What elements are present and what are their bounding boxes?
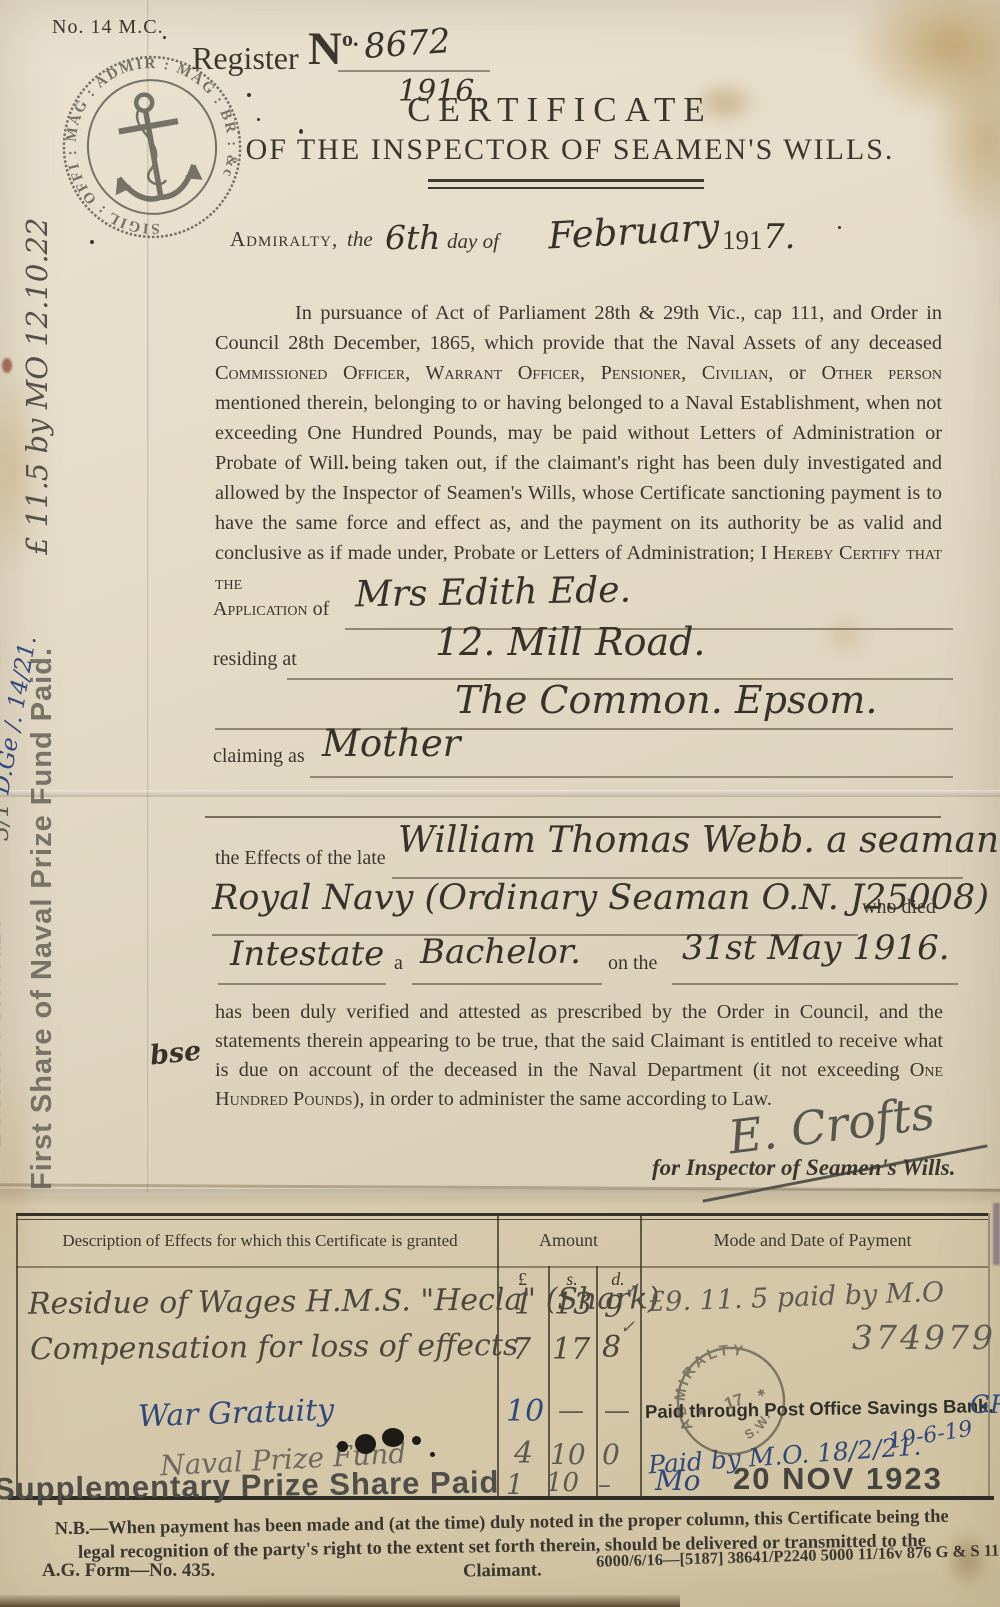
underline <box>412 983 602 985</box>
table-row-pounds: 1 <box>506 1468 524 1501</box>
table-top-rule-heavy <box>16 1213 988 1216</box>
svg-text:ADMIRALTY: ADMIRALTY <box>672 1342 767 1434</box>
residing-label: residing at <box>213 648 297 671</box>
table-row-pence: – <box>598 1470 611 1500</box>
date-the: the <box>347 227 373 252</box>
application-label-of: of <box>313 598 330 620</box>
form-code: No. 14 M.C. <box>52 16 164 39</box>
para1-smallcaps-2: Other person <box>821 362 942 384</box>
mode-initials: GR <box>970 1390 1000 1419</box>
table-row-shillings: 10 <box>550 1438 586 1471</box>
deceased-name: William Thomas Webb. a seaman. <box>398 820 1000 861</box>
anchor-icon <box>101 88 202 205</box>
sheet-edge-shadow <box>0 1189 1000 1205</box>
para1-p1: In pursuance of Act of Parliament 28th &… <box>215 302 942 354</box>
ink-blot <box>337 1441 348 1452</box>
red-spot <box>2 358 12 373</box>
register-no-label: No. <box>308 26 358 69</box>
admiralty-stamp-center-text: 17 <box>722 1390 746 1414</box>
table-top-rule-thin <box>16 1219 988 1220</box>
ink-blot <box>430 1452 435 1457</box>
register-number: 8672 <box>363 21 452 67</box>
register-o: o. <box>342 26 359 51</box>
register-underline <box>338 70 490 72</box>
para2-p2: ), in order to administer the same accor… <box>353 1088 772 1110</box>
svg-text:✱: ✱ <box>697 1406 708 1419</box>
applicant-name: Mrs Edith Ede. <box>355 570 632 616</box>
table-divider-mode <box>640 1213 642 1498</box>
ink-blot <box>412 1436 421 1445</box>
claiming-value: Mother <box>322 722 460 765</box>
right-edge-mark <box>993 1203 1000 1265</box>
date-stamp: 20 NOV 1923 <box>733 1461 943 1497</box>
admiralty-stamp-bottom-text: S.W. <box>738 1406 780 1443</box>
bachelor-value: Bachelor. <box>420 932 581 972</box>
svg-text:S.W.: S.W. <box>738 1406 780 1443</box>
date-day-of: day of <box>447 229 499 254</box>
a-label: a <box>394 952 403 975</box>
table-header-amount: Amount <box>497 1230 640 1251</box>
margin-prize-fund-stamp: First Share of Naval Prize Fund Paid. <box>26 647 56 1190</box>
svg-text:✱: ✱ <box>756 1387 767 1400</box>
claiming-label: claiming as <box>213 745 305 768</box>
table-row-desc-stamp: Supplementary Prize Share Paid <box>0 1464 500 1507</box>
stain-right-mid <box>820 615 870 655</box>
table-header-description: Description of Effects for which this Ce… <box>30 1231 490 1251</box>
seal-group: SIGIL : OFFI : MAG : ADMIR : MAG : BR : … <box>50 50 255 245</box>
application-label: Application of <box>213 598 329 621</box>
table-row-shillings: 10 <box>546 1468 579 1498</box>
underline <box>672 983 958 985</box>
margin-prize-fund-note: £ 11.5 by MO 12.10.22 <box>20 218 50 555</box>
footer-form-number: A.G. Form—No. 435. <box>42 1560 215 1582</box>
applicant-address-1: 12. Mill Road. <box>435 620 706 664</box>
tick-mark: ✓ <box>620 1317 635 1338</box>
effects-label: the Effects of the late <box>215 847 386 870</box>
table-row-pounds: 10 <box>506 1394 544 1429</box>
document-title: CERTIFICATE <box>330 90 790 130</box>
table-row-shillings: 13 <box>554 1287 592 1322</box>
bottom-dark-edge <box>0 1595 680 1607</box>
preamble-paragraph: In pursuance of Act of Parliament 28th &… <box>215 298 942 598</box>
table-row-mode: 374979 <box>852 1318 996 1357</box>
admiralty-round-stamp: ADMIRALTY S.W. 17 ✱ ✱ <box>672 1342 790 1460</box>
date-org: Admiralty, <box>230 227 338 252</box>
margin-note: bse <box>149 1035 203 1071</box>
register-n: N <box>308 23 342 75</box>
document-subtitle: OF THE INSPECTOR OF SEAMEN'S WILLS. <box>225 133 915 167</box>
date-month: February <box>547 206 720 258</box>
underline <box>310 776 953 778</box>
applicant-address-2: The Common. Epsom. <box>455 678 877 722</box>
application-label-sc: Application <box>213 598 308 620</box>
para1-p2: or <box>773 362 821 384</box>
date-year-digit: 7. <box>763 217 795 257</box>
table-row-desc: War Gratuity <box>137 1393 334 1435</box>
register-label: Register <box>192 40 299 77</box>
on-the-label: on the <box>608 952 657 975</box>
certificate-document: First Share of Naval Prize Fund Paid. £ … <box>0 0 1000 1607</box>
table-header-rule <box>16 1266 988 1268</box>
table-row-pounds: 7 <box>512 1332 531 1367</box>
table-row-pounds: 4 <box>514 1436 533 1471</box>
speck <box>257 118 260 121</box>
table-row-desc: Compensation for loss of effects <box>30 1328 519 1367</box>
table-row-pence: 0 <box>602 1438 620 1471</box>
horizontal-crease <box>0 790 1000 797</box>
date-year: 191 <box>722 225 763 256</box>
death-date: 31st May 1916. <box>682 928 950 968</box>
signature-caption: for Inspector of Seamen's Wills. <box>652 1155 956 1181</box>
section-rule <box>205 816 941 818</box>
tick-mark: ✓ <box>624 1279 639 1300</box>
mode-initials: Mo <box>655 1464 701 1497</box>
para1-smallcaps-1: Commissioned Officer, Warrant Officer, P… <box>215 362 773 384</box>
speck <box>838 226 841 229</box>
underline <box>218 983 386 985</box>
title-double-rule <box>428 179 704 189</box>
para2-p1: has been duly verified and attested as p… <box>215 1001 943 1081</box>
table-row-pence: — <box>604 1396 630 1426</box>
ink-blot <box>355 1434 376 1454</box>
admiralty-stamp-top-text: ADMIRALTY <box>672 1342 767 1434</box>
intestate-value: Intestate <box>230 934 384 974</box>
table-row-shillings: — <box>558 1396 584 1426</box>
ink-blot <box>382 1428 404 1447</box>
margin-faint-stamp: BOUNTY FOR PAID. <box>0 921 8 1148</box>
table-row-pounds: 1 <box>514 1287 533 1322</box>
date-day: 6th <box>385 218 441 257</box>
para1-p3: mentioned therein, belonging to or havin… <box>215 392 942 564</box>
table-row-shillings: 17 <box>552 1332 590 1367</box>
table-border-left <box>16 1213 18 1498</box>
table-row-pence: 8 <box>602 1330 621 1365</box>
who-died-label: who died <box>862 896 936 919</box>
table-header-mode: Mode and Date of Payment <box>640 1230 985 1251</box>
margin-pencil-note: 3/1 <box>0 802 12 841</box>
